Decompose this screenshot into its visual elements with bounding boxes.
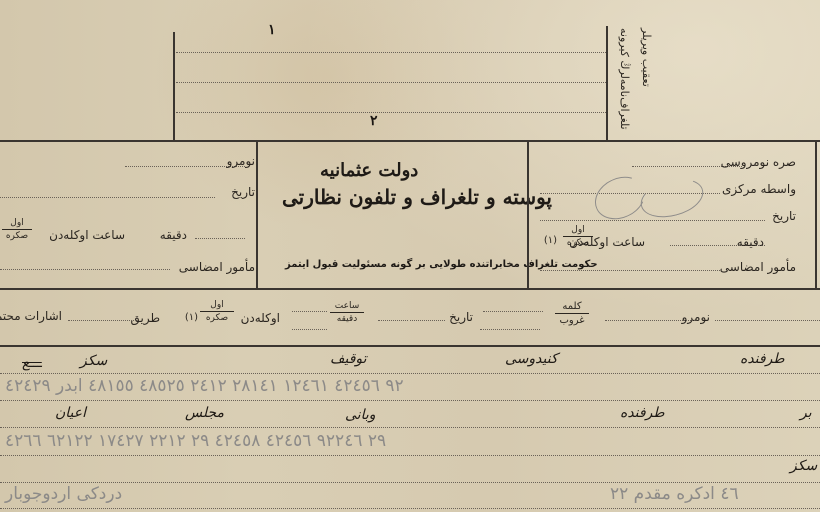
emblem-ministry-name: پوسته و تلغراف و تلفون نظارتی — [282, 185, 552, 209]
right-am-pm-fraction: اول صكره — [563, 225, 593, 248]
right-vasita-label: واسطه مركزی — [722, 182, 796, 196]
info-kelime-field[interactable] — [483, 311, 543, 312]
info-isarat-label: اشارات محتمله — [0, 309, 62, 323]
section-rule-bottom — [0, 345, 820, 347]
info-tarik-label: طریق — [130, 311, 160, 325]
right-frac-top: اول — [571, 225, 584, 235]
right-signature-field[interactable] — [540, 270, 720, 271]
emblem-state-name: دولت عثمانیه — [320, 160, 418, 181]
right-memur-label: مأمور امضاسی — [720, 260, 796, 274]
info-saat-label: ساعت — [335, 301, 360, 311]
info-am-pm-fraction: اول صكره — [200, 300, 234, 323]
pencil-cipher-line2: ٢٩ ٩٢٢٤٦ ٤٢٤٥٦ ٤٢٤٥٨ ٢٩ ٢٢١٢ ١٧٤٢٧ ٦٢١٢٢… — [5, 431, 386, 451]
info-numero-label: نومرو — [682, 310, 710, 324]
info-kelime-label: كلمه — [562, 301, 581, 312]
message-line[interactable] — [0, 400, 820, 401]
side-note-line1: تلغراف‌نامه‌لرڭ كيرونه — [618, 28, 631, 140]
section-rule-top — [0, 140, 820, 142]
info-saat-dakika-fraction: ساعت دقیقه — [330, 301, 364, 324]
right-dakika-label: دقیقه — [737, 235, 764, 249]
handwritten-word: سكز — [80, 353, 107, 369]
handwritten-word: وبانی — [345, 407, 376, 423]
fraction-bar — [563, 236, 593, 237]
info-gurub-label: غروب — [560, 315, 585, 326]
left-tarih-label: تاریخ — [231, 185, 255, 199]
message-line[interactable] — [0, 482, 820, 483]
right-box-divider — [527, 142, 529, 288]
right-footnote-mark: (۱) — [544, 235, 557, 246]
handwritten-word: كنيدوسی — [505, 351, 558, 367]
left-dakika-label: دقیقه — [160, 228, 187, 242]
handwritten-word: سكز — [790, 458, 817, 474]
info-tarik-field[interactable] — [68, 320, 136, 321]
info-footnote-mark: (۱) — [185, 312, 198, 323]
side-note-line2: تعقيب ويريلر — [640, 28, 653, 140]
left-numero-label: نومرو — [227, 154, 255, 168]
info-tarih-field[interactable] — [410, 320, 445, 321]
right-sira-label: صره نومروسی — [721, 155, 796, 169]
pencil-cipher-line1: ٩٢ ٤٢٤٥٦ ١٢٤٦١ ٢٨١٤١ ٢٤١٢ ٤٨٥٢٥ ٤٨١٥٥ اب… — [5, 376, 404, 396]
info-frac-bottom: صكره — [206, 313, 228, 323]
handwritten-word: اعیان — [55, 405, 86, 421]
message-line[interactable] — [0, 427, 820, 428]
emblem-disclaimer: حکومت تلغراف مخابراتنده طولایی بر گونه م… — [285, 259, 598, 270]
top-right-divider — [606, 26, 608, 142]
right-frac-bottom: صكره — [567, 238, 589, 248]
info-numero-field[interactable] — [605, 320, 695, 321]
info-saat-value-field[interactable] — [292, 311, 327, 312]
message-line[interactable] — [0, 508, 820, 509]
left-memur-label: مأمور امضاسی — [179, 260, 255, 274]
lower-mark: ۲ — [370, 113, 378, 129]
handwritten-word: طرفنده — [740, 351, 784, 367]
left-frac-top: اول — [10, 218, 23, 228]
top-mark: ۱ — [268, 22, 276, 38]
fraction-bar — [555, 313, 589, 314]
section-rule-middle — [0, 288, 820, 290]
right-box-edge — [815, 142, 817, 288]
info-dakika-value-field[interactable] — [292, 329, 327, 330]
handwritten-word: توقيف — [330, 351, 367, 367]
left-box-divider — [256, 142, 258, 288]
right-tarih-field[interactable] — [540, 220, 765, 221]
left-saat-label: ساعت اوكله‌دن — [49, 228, 125, 242]
message-line[interactable] — [0, 455, 820, 456]
info-saat-field[interactable] — [378, 320, 408, 321]
left-frac-bottom: صكره — [6, 231, 28, 241]
handwritten-word: بر — [800, 405, 812, 421]
pencil-cipher-line4: دردكی اردوجوبار — [5, 484, 122, 504]
left-dakika-field[interactable] — [195, 238, 245, 239]
struck-word: ـــع — [22, 355, 42, 371]
left-signature-field[interactable] — [0, 269, 170, 270]
info-tarih-label: تاریخ — [449, 310, 473, 324]
handwritten-word: مجلس — [185, 405, 224, 421]
info-kelime-gurub-fraction: كلمه غروب — [555, 301, 589, 326]
handwritten-word: طرفنده — [620, 405, 664, 421]
fraction-bar — [2, 229, 32, 230]
address-line-3[interactable] — [176, 112, 606, 113]
left-tarih-field[interactable] — [0, 197, 215, 198]
info-numero-field-right[interactable] — [715, 320, 820, 321]
address-line-1[interactable] — [176, 52, 606, 53]
info-frac-top: اول — [210, 300, 223, 310]
info-evvelden-label: اوكله‌دن — [241, 311, 280, 325]
message-line[interactable] — [0, 373, 820, 374]
pencil-cipher-line3: ٤٦ ادكره مقدم ٢٢ — [610, 484, 739, 504]
info-gurub-field[interactable] — [480, 329, 540, 330]
info-dakika-label: دقیقه — [337, 314, 357, 324]
right-tarih-label: تاریخ — [772, 209, 796, 223]
left-am-pm-fraction: اول صكره — [2, 218, 32, 241]
address-line-2[interactable] — [176, 82, 606, 83]
fraction-bar — [330, 312, 364, 313]
fraction-bar — [200, 311, 234, 312]
top-left-divider — [173, 32, 175, 140]
